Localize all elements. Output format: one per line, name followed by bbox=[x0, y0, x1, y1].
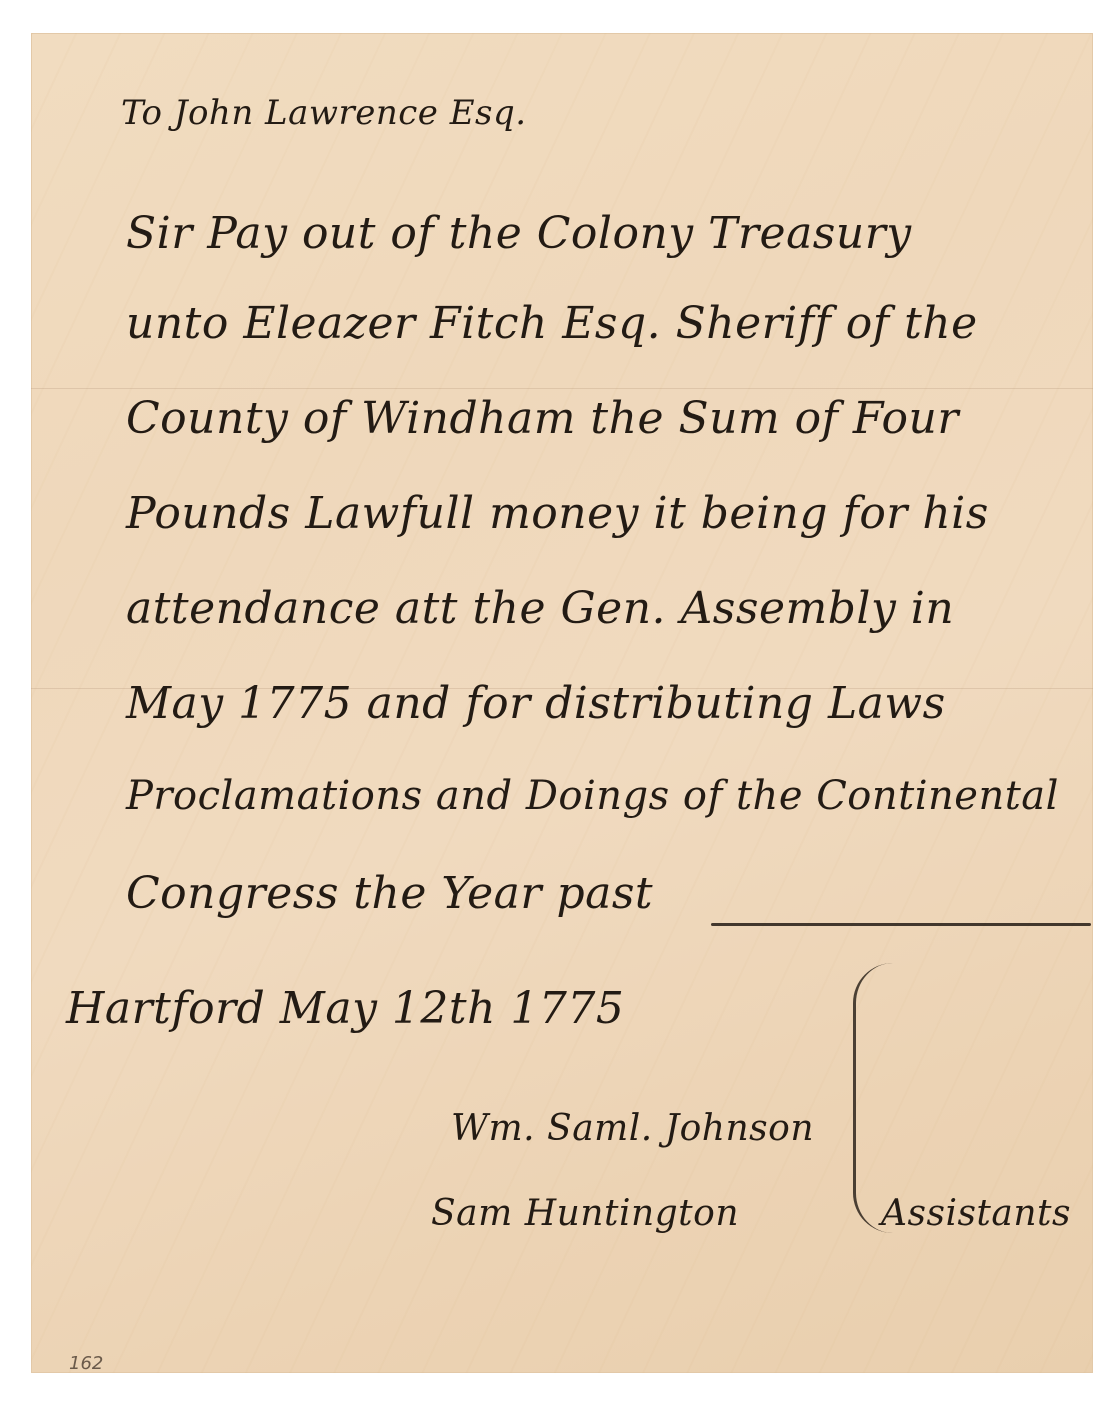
body-line: May 1775 and for distributing Laws bbox=[126, 678, 946, 729]
signature-johnson: Wm. Saml. Johnson bbox=[451, 1108, 814, 1149]
line-end-flourish bbox=[711, 923, 1091, 926]
signature-role: Assistants bbox=[881, 1193, 1071, 1234]
document-page: To John Lawrence Esq. Sir Pay out of the… bbox=[31, 33, 1093, 1373]
body-line: County of Windham the Sum of Four bbox=[126, 393, 959, 444]
archive-number: 162 bbox=[69, 1353, 103, 1374]
body-line: Pounds Lawfull money it being for his bbox=[126, 488, 989, 539]
salutation: To John Lawrence Esq. bbox=[121, 93, 527, 133]
body-line: Proclamations and Doings of the Continen… bbox=[126, 773, 1059, 819]
body-line: Congress the Year past bbox=[126, 868, 653, 919]
body-line: Sir Pay out of the Colony Treasury bbox=[126, 208, 912, 259]
place-date: Hartford May 12th 1775 bbox=[66, 983, 624, 1034]
signature-huntington: Sam Huntington bbox=[431, 1193, 739, 1234]
body-line: attendance att the Gen. Assembly in bbox=[126, 583, 954, 634]
body-line: unto Eleazer Fitch Esq. Sheriff of the bbox=[126, 298, 978, 349]
fold-line bbox=[31, 388, 1093, 389]
